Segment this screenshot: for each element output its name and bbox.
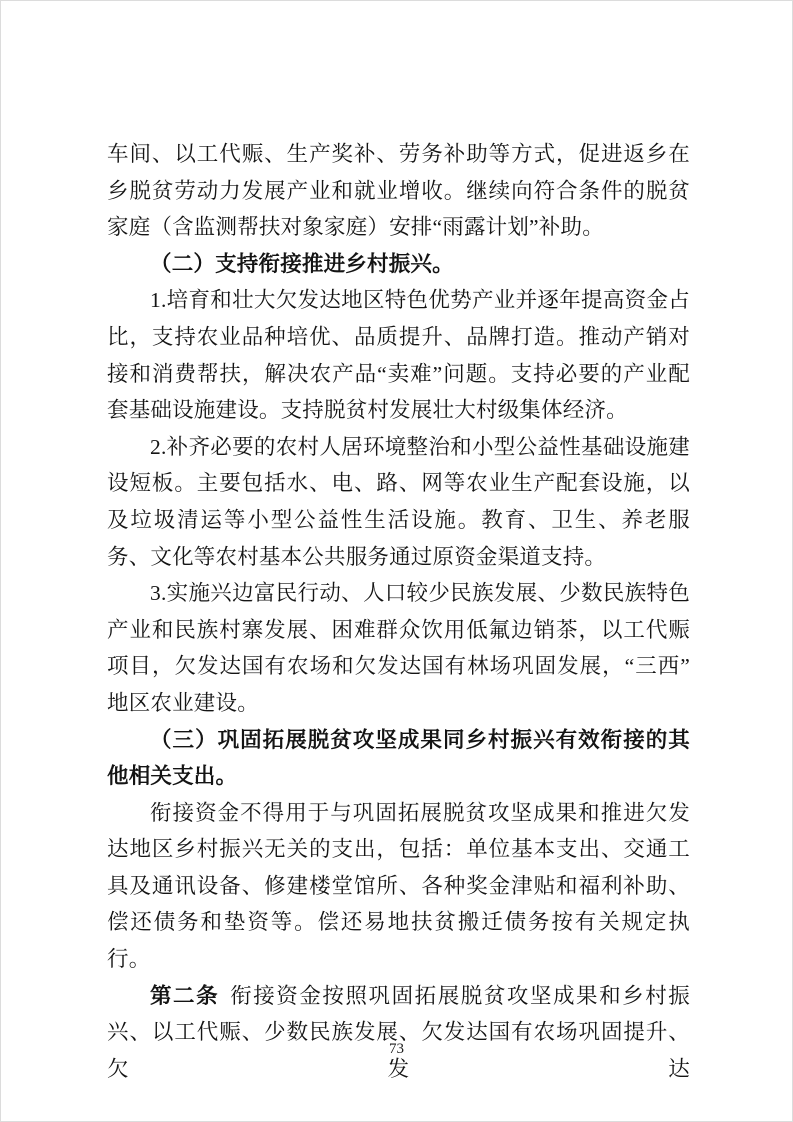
list-item-3: 3.实施兴边富民行动、人口较少民族发展、少数民族特色产业和民族村寨发展、困难群众… xyxy=(107,575,690,721)
paragraph-continuation: 车间、以工代赈、生产奖补、劳务补助等方式，促进返乡在乡脱贫劳动力发展产业和就业增… xyxy=(107,136,690,246)
document-page: 车间、以工代赈、生产奖补、劳务补助等方式，促进返乡在乡脱贫劳动力发展产业和就业增… xyxy=(0,0,793,1122)
page-number: 73 xyxy=(1,1039,792,1059)
page-content: 车间、以工代赈、生产奖补、劳务补助等方式，促进返乡在乡脱贫劳动力发展产业和就业增… xyxy=(107,136,690,1087)
paragraph-article-2: 第二条衔接资金按照巩固拓展脱贫攻坚成果和乡村振兴、以工代赈、少数民族发展、欠发达… xyxy=(107,978,690,1088)
section-heading-3: （三）巩固拓展脱贫攻坚成果同乡村振兴有效衔接的其他相关支出。 xyxy=(107,722,690,795)
article-2-lead: 第二条 xyxy=(150,984,219,1008)
paragraph-restrictions: 衔接资金不得用于与巩固拓展脱贫攻坚成果和推进欠发达地区乡村振兴无关的支出，包括：… xyxy=(107,795,690,978)
section-heading-2: （二）支持衔接推进乡村振兴。 xyxy=(107,246,690,283)
list-item-1: 1.培育和壮大欠发达地区特色优势产业并逐年提高资金占比，支持农业品种培优、品质提… xyxy=(107,282,690,428)
list-item-2: 2.补齐必要的农村人居环境整治和小型公益性基础设施建设短板。主要包括水、电、路、… xyxy=(107,429,690,575)
